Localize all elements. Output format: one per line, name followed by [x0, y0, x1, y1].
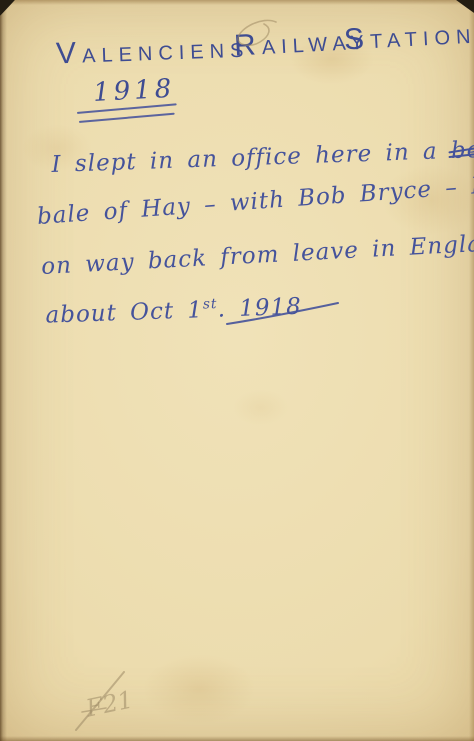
title-word-station: STATION [343, 17, 474, 58]
year-heading: 1918 [92, 74, 176, 108]
title-word-valenciens: VALENCIENS [55, 31, 249, 72]
date-prefix: about Oct 1 [45, 297, 203, 328]
ink-flourish [225, 300, 340, 330]
aged-paper-background [0, 0, 474, 741]
pencil-loop-mark [232, 18, 282, 50]
date-ordinal: st [203, 296, 218, 313]
crossed-out-word: bed [450, 136, 474, 164]
scanned-card: VALENCIENS RAILWAY STATION 1918 I slept … [0, 0, 474, 741]
